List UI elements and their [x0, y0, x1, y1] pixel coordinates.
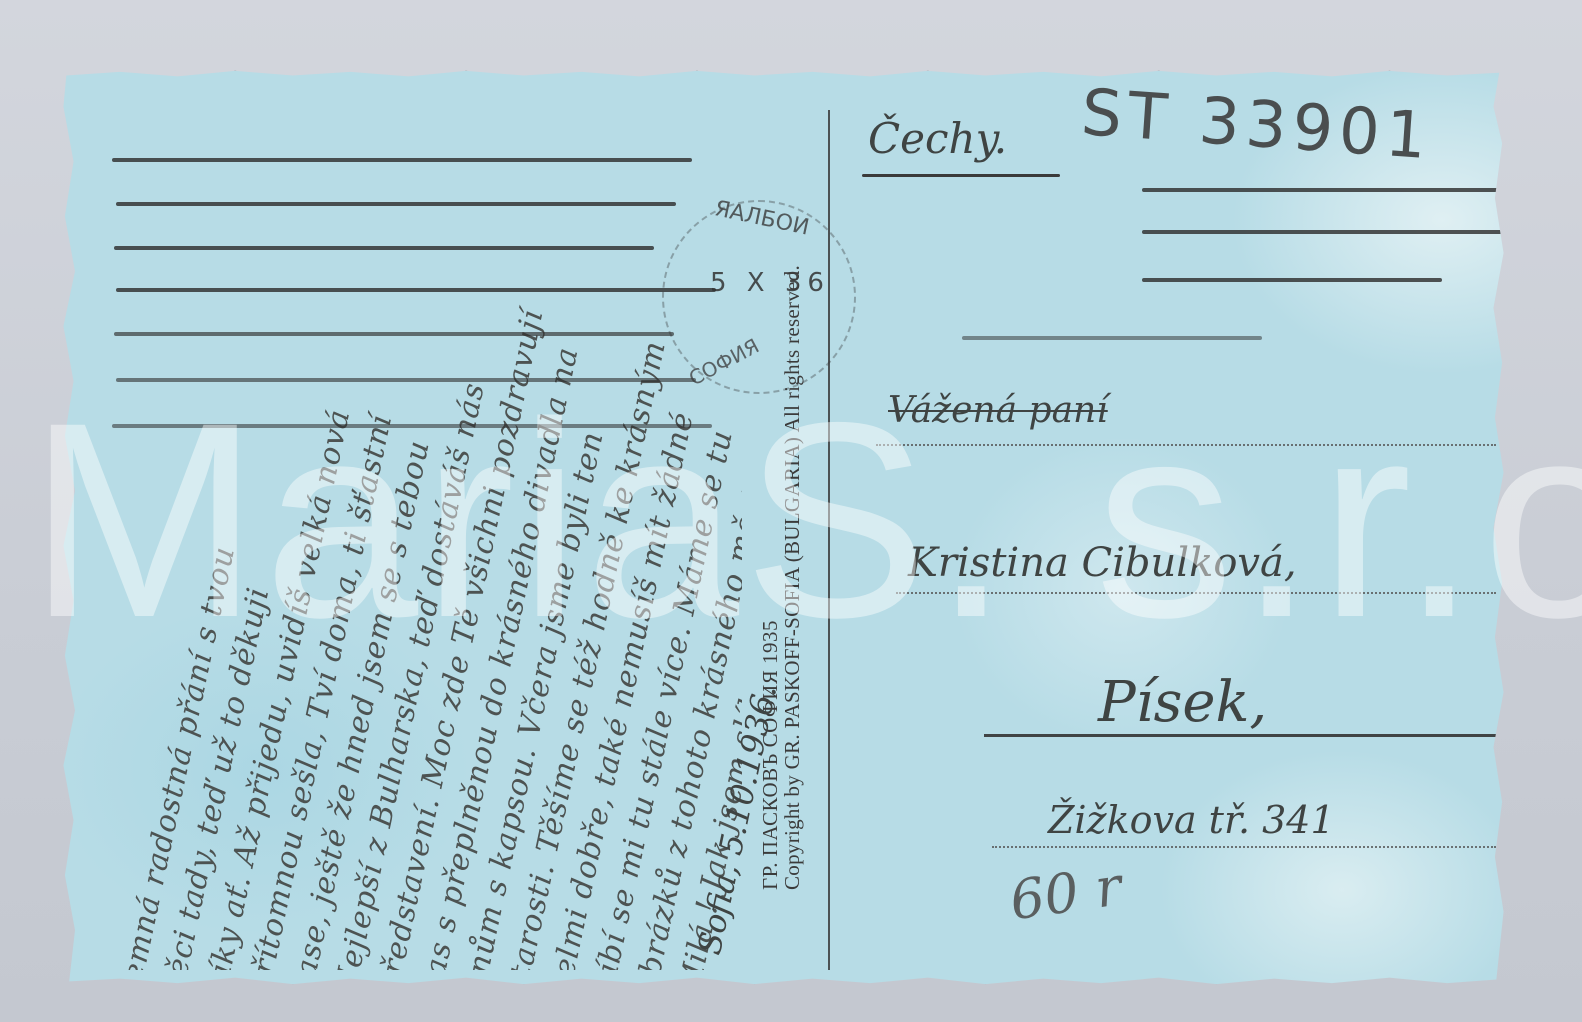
divider-line: [828, 110, 830, 970]
address-line: [992, 846, 1496, 848]
copyright-notice: Copyright by GR. PASKOFF-SOFIA (BULGARIA…: [780, 265, 805, 890]
address-line: [876, 444, 1496, 446]
stock-number: ST 33901: [1079, 76, 1435, 174]
cancel-line: [962, 336, 1262, 340]
edge-postmark-fragment: [1554, 266, 1565, 288]
address-line: [984, 734, 1496, 737]
cancel-line: [1142, 278, 1442, 282]
address-city: Písek,: [1098, 670, 1267, 735]
cancel-line: [114, 246, 654, 250]
address-recipient: Kristina Cibulková,: [908, 540, 1297, 586]
cancel-line: [1142, 230, 1502, 234]
postmark-date: 5 X 36: [710, 268, 830, 298]
cancel-line: [116, 378, 696, 382]
address-salutation: Vážená paní: [888, 390, 1108, 431]
address-street: Žižkova tř. 341: [1048, 798, 1335, 842]
postcard-back: Milá ! Jak jsem slíbila, posílám Ti něko…: [62, 70, 1505, 985]
country-note: Čechy.: [868, 114, 1007, 163]
country-underline: [862, 174, 1060, 177]
edge-postmark-fragment: [1554, 170, 1565, 192]
cancel-line: [116, 202, 676, 206]
price-note: 60 r: [1006, 854, 1125, 932]
cancel-line: [114, 332, 674, 336]
cancel-line: [1142, 188, 1502, 192]
cancel-line: [116, 288, 716, 292]
address-line: [896, 592, 1496, 594]
handwritten-message: Milá ! Jak jsem slíbila, posílám Ti něko…: [72, 90, 742, 970]
cancel-line: [112, 424, 712, 428]
cancel-line: [112, 158, 692, 162]
